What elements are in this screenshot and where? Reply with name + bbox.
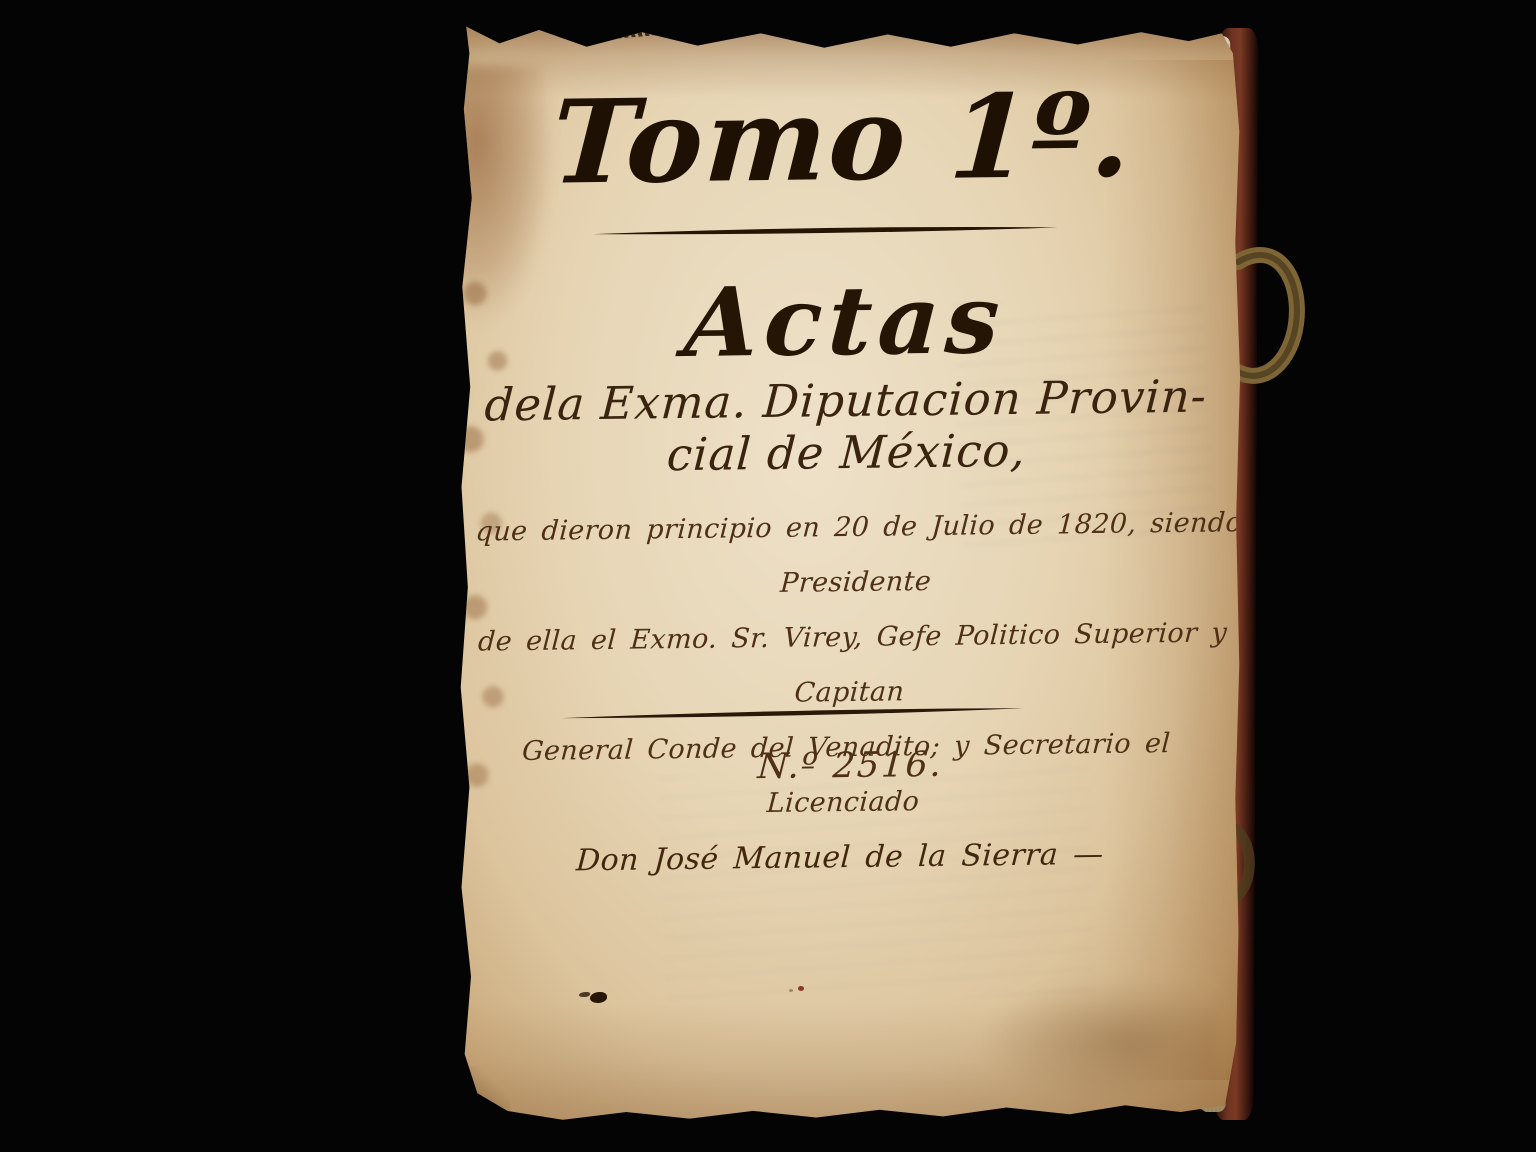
photograph-of-manuscript: Tomo 1º. Actas dela Exma. Diputacion Pro… [0,0,1536,1152]
volume-title: Tomo 1º. [443,67,1243,212]
body-paragraph: que dieron principio en 20 de Julio de 1… [442,495,1256,890]
title-underline-rule [593,223,1058,239]
body-line: que dieron principio en 20 de Julio de 1… [458,495,1256,615]
manuscript-book: Tomo 1º. Actas dela Exma. Diputacion Pro… [438,6,1268,1146]
manuscript-page: Tomo 1º. Actas dela Exma. Diputacion Pro… [452,20,1244,1132]
body-line: Don José Manuel de la Sierra — [442,825,1237,890]
subtitle-line-2: cial de México, [449,421,1244,484]
leather-tie-top [1234,246,1306,434]
handwritten-text-layer: Tomo 1º. Actas dela Exma. Diputacion Pro… [445,15,1251,1137]
document-heading: Actas [446,261,1244,382]
